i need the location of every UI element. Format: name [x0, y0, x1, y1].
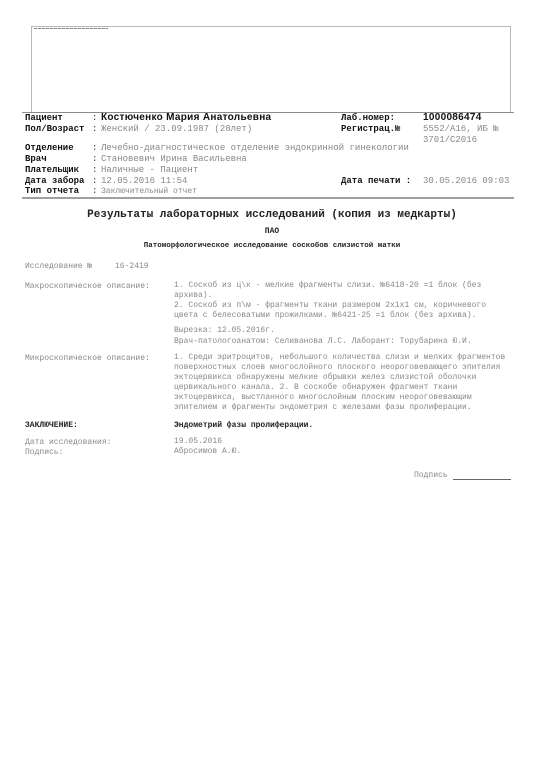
sex-age-label: Пол/Возраст: [25, 124, 84, 134]
colon: :: [92, 186, 97, 196]
registration-label: Регистрац.№: [341, 124, 400, 134]
header-divider-bottom: [22, 197, 514, 199]
macro-line: 2. Соскоб из п\м - фрагменты ткани разме…: [174, 301, 486, 311]
department-value: Лечебно-диагностическое отделение эндокр…: [101, 143, 409, 153]
signature-label: Подпись:: [25, 448, 63, 457]
report-type-label: Тип отчета: [25, 186, 79, 196]
micro-line: эпителием и фрагменты эндометрия с желез…: [174, 403, 472, 413]
signature-line: [453, 479, 511, 480]
conclusion-value: Эндометрий фазы пролиферации.: [174, 421, 313, 430]
registration-value-line1: 5552/А16, ИБ №: [423, 124, 499, 134]
micro-line: 1. Среди эритроцитов, небольшого количес…: [174, 353, 505, 363]
print-date-value: 30.05.2016 09:03: [423, 176, 509, 186]
pathologist-line: Врач-патологоанатом: Селиванова Л.С. Лаб…: [174, 337, 472, 347]
macro-line: 1. Соскоб из ц\к - мелкие фрагменты слиз…: [174, 281, 481, 291]
sample-date-value: 12.05.2016 11:54: [101, 176, 187, 186]
sample-date-label: Дата забора: [25, 176, 84, 186]
colon: :: [92, 124, 97, 134]
study-date-label: Дата исследования:: [25, 438, 111, 447]
doctor-value: Становевич Ирина Васильевна: [101, 154, 247, 164]
colon: :: [92, 143, 97, 153]
colon: :: [92, 154, 97, 164]
micro-label: Микроскопическое описание:: [25, 354, 150, 363]
department-label: Отделение: [25, 143, 74, 153]
colon: :: [92, 176, 97, 186]
conclusion-label: ЗАКЛЮЧЕНИЕ:: [25, 421, 78, 430]
study-number-label: Исследование №: [25, 262, 92, 271]
sex-age-value: Женский / 23.09.1987 (28лет): [101, 124, 252, 134]
logo-caption-text: [34, 28, 108, 29]
macro-line: цвета с белесоватыми прожилками. №6421-2…: [174, 311, 476, 321]
logo-area: [31, 26, 511, 112]
registration-value-line2: 3701/С2016: [423, 135, 477, 145]
macro-line: архива).: [174, 291, 212, 301]
colon: :: [92, 113, 97, 123]
footer-signature-label: Подпись: [414, 471, 448, 480]
print-date-label: Дата печати :: [341, 176, 411, 186]
cut-date: Вырезка: 12.05.2016г.: [174, 326, 275, 336]
micro-line: цервикального канала. 2. В соскобе обнар…: [174, 383, 457, 393]
patient-name: Костюченко Мария Анатольевна: [101, 112, 271, 123]
micro-line: поверхностных слоев многослойного плоско…: [174, 363, 500, 373]
report-section: ПАО: [0, 227, 544, 236]
payer-label: Плательщик: [25, 165, 79, 175]
signature-value: Абросимов А.Ю.: [174, 447, 241, 457]
lab-number-value: 1000086474: [423, 112, 482, 123]
payer-value: Наличные - Пациент: [101, 165, 198, 175]
macro-label: Макроскопическое описание:: [25, 282, 150, 291]
study-date-value: 19.05.2016: [174, 437, 222, 447]
colon: :: [92, 165, 97, 175]
report-subtitle: Патоморфологическое исследование соскобо…: [0, 242, 544, 250]
report-title: Результаты лабораторных исследований (ко…: [0, 209, 544, 221]
study-number-value: 16-2419: [115, 262, 149, 271]
patient-label: Пациент: [25, 113, 63, 123]
micro-line: эктоцервикса обнаружены мелкие обрывки ж…: [174, 373, 476, 383]
lab-number-label: Лаб.номер:: [341, 113, 395, 123]
report-type-value: Заключительный отчет: [101, 187, 197, 196]
micro-line: эктоцервикса, выстланного многослойным п…: [174, 393, 472, 403]
doctor-label: Врач: [25, 154, 47, 164]
